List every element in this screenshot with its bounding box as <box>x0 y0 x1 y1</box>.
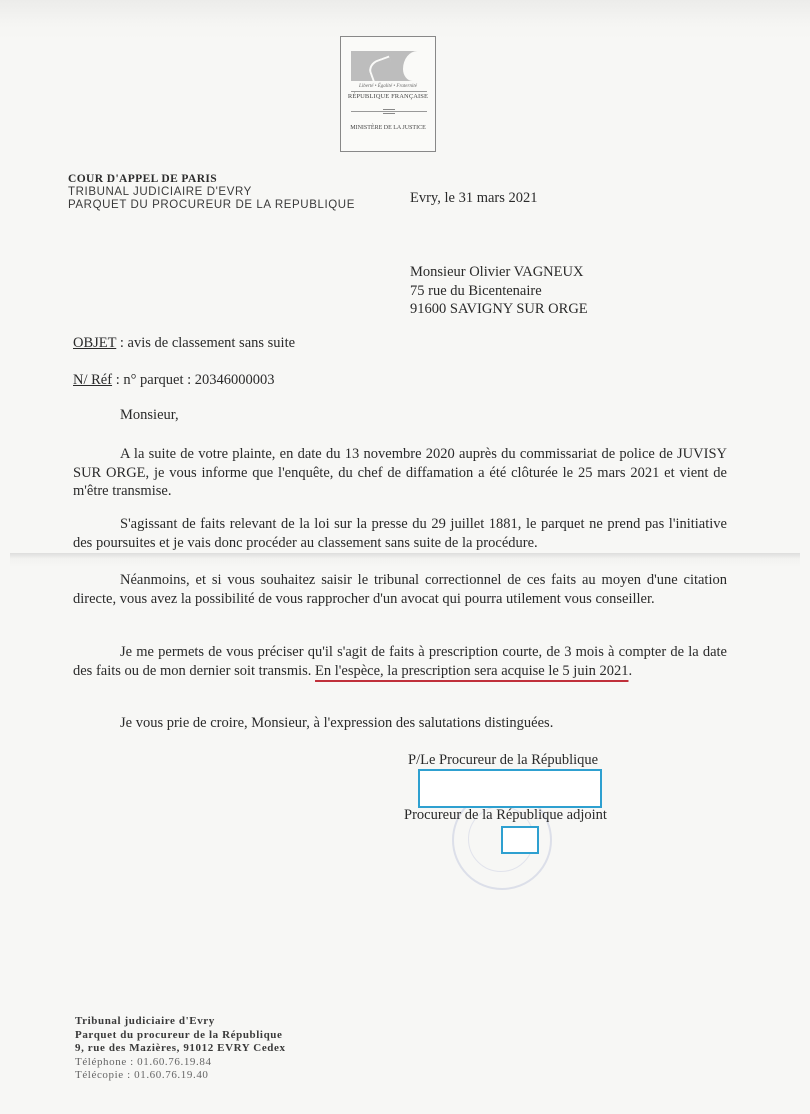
marianne-icon <box>351 51 427 81</box>
paragraph-press-law: S'agissant de faits relevant de la loi s… <box>73 515 727 552</box>
signature-title: P/Le Procureur de la République <box>408 752 598 769</box>
sender-block: COUR D'APPEL DE PARIS TRIBUNAL JUDICIAIR… <box>68 173 355 212</box>
footer-parquet: Parquet du procureur de la République <box>75 1029 286 1043</box>
paper-fold <box>10 553 800 567</box>
footer-contact: Tribunal judiciaire d'Evry Parquet du pr… <box>75 1015 286 1083</box>
reference-line: N/ Réf : n° parquet : 20346000003 <box>73 372 275 389</box>
recipient-street: 75 rue du Bicentenaire <box>410 282 588 301</box>
logo-divider <box>351 111 427 112</box>
sender-parquet: PARQUET DU PROCUREUR DE LA REPUBLIQUE <box>68 199 355 212</box>
scan-shadow <box>0 0 810 40</box>
salutation: Monsieur, <box>120 407 179 424</box>
redacted-name <box>501 826 539 854</box>
footer-phone: Téléphone : 01.60.76.19.84 <box>75 1056 286 1070</box>
recipient-name: Monsieur Olivier VAGNEUX <box>410 263 588 282</box>
logo-ministry: MINISTÈRE DE LA JUSTICE <box>343 125 433 131</box>
subject-label: OBJET <box>73 335 116 351</box>
logo-divider <box>351 91 427 92</box>
paragraph-complaint: A la suite de votre plainte, en date du … <box>73 445 727 501</box>
paragraph-citation: Néanmoins, et si vous souhaitez saisir l… <box>73 571 727 608</box>
letter-date: Evry, le 31 mars 2021 <box>410 190 538 207</box>
sender-tribunal: TRIBUNAL JUDICIAIRE D'EVRY <box>68 186 355 199</box>
reference-value: : n° parquet : 20346000003 <box>112 372 274 388</box>
sender-court: COUR D'APPEL DE PARIS <box>68 173 355 186</box>
ministry-logo: Liberté • Égalité • Fraternité RÉPUBLIQU… <box>340 36 436 152</box>
footer-fax: Télécopie : 01.60.76.19.40 <box>75 1069 286 1083</box>
subject-line: OBJET : avis de classement sans suite <box>73 335 295 352</box>
redacted-signature <box>418 769 602 808</box>
prescription-highlight: En l'espèce, la prescription sera acquis… <box>315 663 628 679</box>
recipient-city: 91600 SAVIGNY SUR ORGE <box>410 300 588 319</box>
logo-republic: RÉPUBLIQUE FRANÇAISE <box>343 93 433 100</box>
signatory-title: Procureur de la République adjoint <box>404 807 607 824</box>
footer-address: 9, rue des Mazières, 91012 EVRY Cedex <box>75 1042 286 1056</box>
reference-label: N/ Réf <box>73 372 112 388</box>
paragraph-prescription: Je me permets de vous préciser qu'il s'a… <box>73 643 727 680</box>
prescription-end: . <box>628 663 632 679</box>
paragraph-closing: Je vous prie de croire, Monsieur, à l'ex… <box>73 714 727 733</box>
recipient-address: Monsieur Olivier VAGNEUX 75 rue du Bicen… <box>410 263 588 319</box>
logo-motto: Liberté • Égalité • Fraternité <box>345 84 431 89</box>
footer-tribunal: Tribunal judiciaire d'Evry <box>75 1015 286 1029</box>
subject-value: : avis de classement sans suite <box>116 335 295 351</box>
